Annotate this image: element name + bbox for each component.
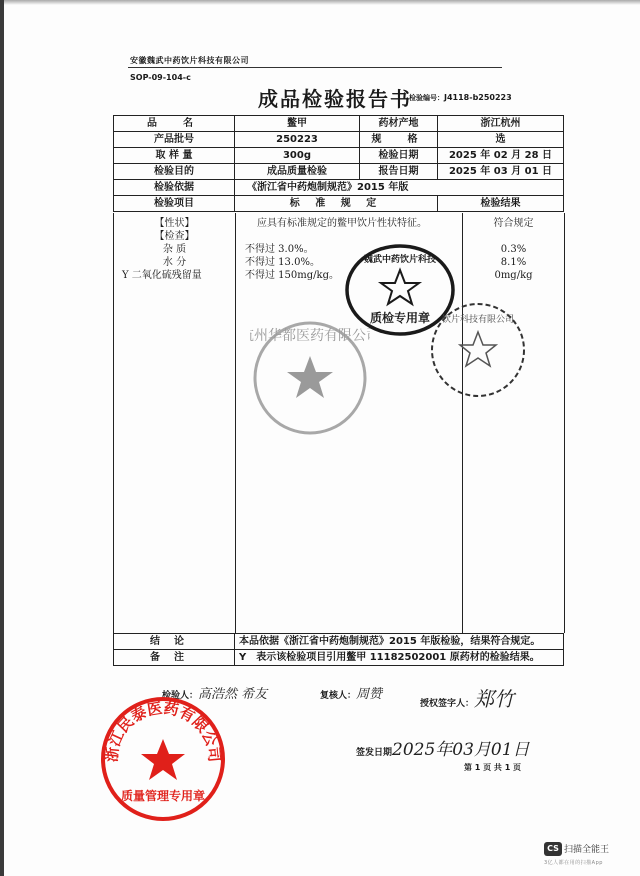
result-moisture: 8.1% bbox=[463, 256, 564, 269]
watermark-name: 扫描全能王 bbox=[564, 845, 609, 855]
scan-edge-left bbox=[0, 0, 4, 876]
standard-so2-residue: 不得过 150mg/kg。 bbox=[245, 269, 427, 282]
product-name-value: 鳖甲 bbox=[235, 116, 360, 132]
conclusion-value: 本品依据《浙江省中药炮制规范》2015 年版检验，结果符合规定。 bbox=[235, 634, 564, 650]
table-row: 产品批号 250223 规 格 选 bbox=[114, 132, 564, 148]
remark-label: 备注 bbox=[114, 650, 235, 666]
inspector-label: 检验人： bbox=[162, 691, 198, 701]
batch-value: 250223 bbox=[235, 132, 360, 148]
standard-moisture: 不得过 13.0%。 bbox=[245, 256, 427, 269]
table-row: 检验项目 标 准 规 定 检验结果 bbox=[114, 196, 564, 212]
item-appearance: 【性状】 bbox=[114, 217, 235, 230]
sample-label: 取 样 量 bbox=[114, 148, 235, 164]
report-number-label: 检验编号： bbox=[409, 94, 444, 102]
basis-value: 《浙江省中药炮制规范》2015 年版 bbox=[235, 180, 564, 196]
scanner-watermark: CS扫描全能王 3亿人都在用的扫描App bbox=[544, 838, 609, 866]
table-row: 备注 Y 表示该检验项目引用鳖甲 11182502001 原药材的检验结果。 bbox=[114, 650, 564, 666]
report-number-value: J4118-b250223 bbox=[444, 93, 512, 102]
inspect-date-label: 检验日期 bbox=[360, 148, 438, 164]
watermark-tagline: 3亿人都在用的扫描App bbox=[544, 859, 609, 866]
header-divider bbox=[128, 67, 502, 68]
camscanner-logo-icon: CS bbox=[544, 842, 562, 856]
sample-value: 300g bbox=[235, 148, 360, 164]
inspection-standards: 应具有标准规定的鳖甲饮片性状特征。 不得过 3.0%。 不得过 13.0%。 不… bbox=[245, 217, 427, 282]
standard-impurity: 不得过 3.0%。 bbox=[245, 243, 427, 256]
item-check: 【检查】 bbox=[114, 230, 235, 243]
result-so2-residue: 0mg/kg bbox=[463, 269, 564, 282]
reviewer-handwriting: 周赞 bbox=[356, 687, 382, 702]
report-number: 检验编号：J4118-b250223 bbox=[409, 93, 512, 103]
items-header: 检验项目 bbox=[114, 196, 235, 212]
table-row: 检验依据 《浙江省中药炮制规范》2015 年版 bbox=[114, 180, 564, 196]
result-impurity: 0.3% bbox=[463, 243, 564, 256]
authorized-signature: 授权签字人：郑竹 bbox=[420, 683, 514, 712]
conclusion-label: 结论 bbox=[114, 634, 235, 650]
batch-label: 产品批号 bbox=[114, 132, 235, 148]
inspection-body: 【性状】 【检查】 杂 质 水 分 Y 二氧化硫残留量 应具有标准规定的鳖甲饮片… bbox=[113, 213, 565, 633]
table-row: 结论 本品依据《浙江省中药炮制规范》2015 年版检验，结果符合规定。 bbox=[114, 634, 564, 650]
table-row: 检验目的 成品质量检验 报告日期 2025 年 03 月 01 日 bbox=[114, 164, 564, 180]
spec-value: 选 bbox=[438, 132, 564, 148]
basis-label: 检验依据 bbox=[114, 180, 235, 196]
issue-date: 签发日期2025年03月01日 bbox=[356, 735, 530, 760]
page-number: 第 1 页 共 1 页 bbox=[464, 762, 521, 773]
table-row: 品 名 鳖甲 药材产地 浙江杭州 bbox=[114, 116, 564, 132]
table-row: 取 样 量 300g 检验日期 2025 年 02 月 28 日 bbox=[114, 148, 564, 164]
document-title: 成品检验报告书 bbox=[258, 83, 412, 112]
product-name-label: 品 名 bbox=[114, 116, 235, 132]
info-table: 品 名 鳖甲 药材产地 浙江杭州 产品批号 250223 规 格 选 取 样 量… bbox=[113, 115, 564, 212]
reviewer-signature: 复核人：周赞 bbox=[320, 683, 382, 702]
sop-code: SOP-09-104-c bbox=[130, 73, 191, 82]
remark-value: Y 表示该检验项目引用鳖甲 11182502001 原药材的检验结果。 bbox=[235, 650, 564, 666]
inspection-results: 符合规定 0.3% 8.1% 0mg/kg bbox=[463, 217, 564, 282]
svg-text:浙江民泰医药有限公司: 浙江民泰医药有限公司 bbox=[103, 699, 224, 763]
purpose-label: 检验目的 bbox=[114, 164, 235, 180]
inspector-handwriting: 高浩然 希友 bbox=[198, 687, 267, 702]
spec-label: 规 格 bbox=[360, 132, 438, 148]
company-name: 安徽魏武中药饮片科技有限公司 bbox=[130, 55, 249, 66]
inspection-items: 【性状】 【检查】 杂 质 水 分 Y 二氧化硫残留量 bbox=[114, 217, 235, 282]
item-impurity: 杂 质 bbox=[114, 243, 235, 256]
item-so2-residue: Y 二氧化硫残留量 bbox=[114, 269, 235, 282]
purpose-value: 成品质量检验 bbox=[235, 164, 360, 180]
standard-appearance: 应具有标准规定的鳖甲饮片性状特征。 bbox=[245, 217, 427, 230]
result-header: 检验结果 bbox=[438, 196, 564, 212]
standard-header: 标 准 规 定 bbox=[235, 196, 438, 212]
origin-label: 药材产地 bbox=[360, 116, 438, 132]
issue-date-handwriting: 2025年03月01日 bbox=[392, 740, 530, 760]
reviewer-label: 复核人： bbox=[320, 691, 356, 701]
item-moisture: 水 分 bbox=[114, 256, 235, 269]
authorized-handwriting: 郑竹 bbox=[474, 687, 514, 711]
issue-date-label: 签发日期 bbox=[356, 748, 392, 758]
inspector-signature: 检验人：高浩然 希友 bbox=[162, 683, 267, 702]
report-date-label: 报告日期 bbox=[360, 164, 438, 180]
authorized-label: 授权签字人： bbox=[420, 699, 474, 709]
scan-edge-top bbox=[0, 0, 640, 5]
column-divider bbox=[235, 213, 236, 633]
footer-table: 结论 本品依据《浙江省中药炮制规范》2015 年版检验，结果符合规定。 备注 Y… bbox=[113, 633, 564, 666]
report-date-value: 2025 年 03 月 01 日 bbox=[438, 164, 564, 180]
red-quality-stamp-icon: 浙江民泰医药有限公司 质量管理专用章 bbox=[98, 694, 228, 824]
svg-text:质量管理专用章: 质量管理专用章 bbox=[121, 788, 205, 803]
origin-value: 浙江杭州 bbox=[438, 116, 564, 132]
result-appearance: 符合规定 bbox=[463, 217, 564, 230]
inspect-date-value: 2025 年 02 月 28 日 bbox=[438, 148, 564, 164]
